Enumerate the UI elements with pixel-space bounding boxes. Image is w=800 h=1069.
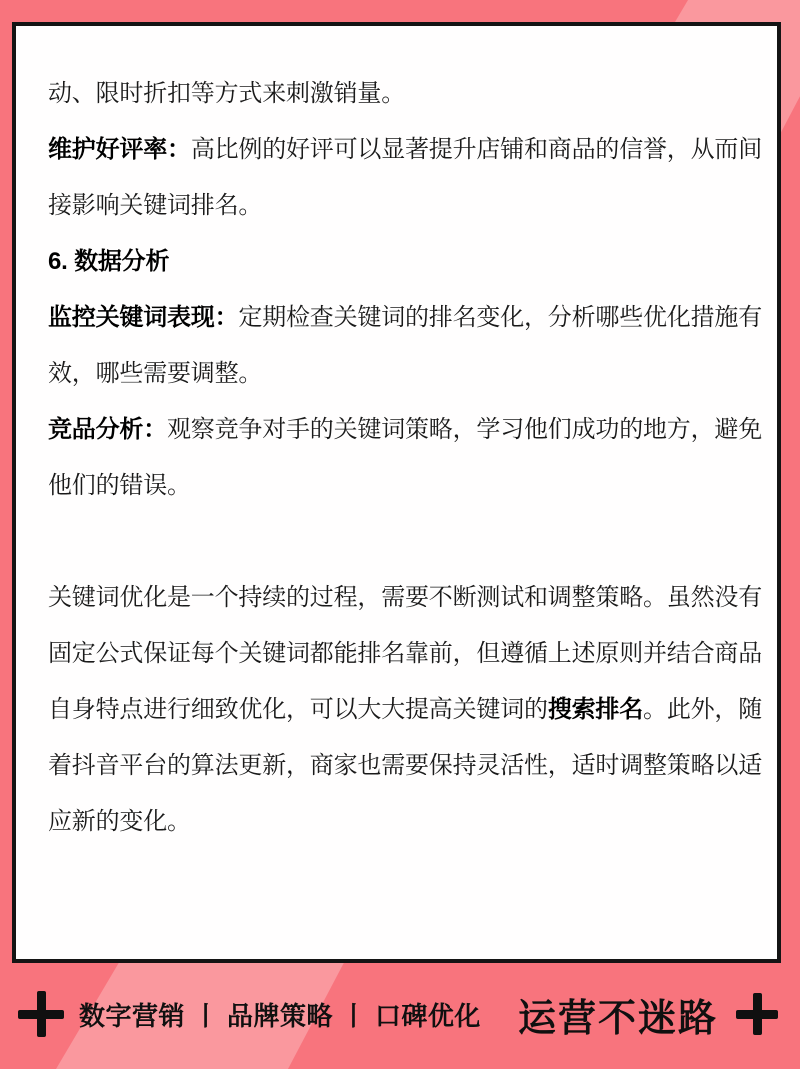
text-line: 自身特点进行细致优化，可以大大提高关键词的搜索排名。此外，随 bbox=[48, 682, 751, 738]
text-line: 他们的错误。 bbox=[48, 458, 751, 514]
text-line: 着抖音平台的算法更新，商家也需要保持灵活性，适时调整策略以适 bbox=[48, 738, 751, 794]
text-segment: 效，哪些需要调整。 bbox=[48, 360, 262, 387]
bold-text-segment: 维护好评率： bbox=[48, 136, 191, 163]
content-card: 动、限时折扣等方式来刺激销量。维护好评率：高比例的好评可以显著提升店铺和商品的信… bbox=[12, 22, 781, 963]
text-segment: 动、限时折扣等方式来刺激销量。 bbox=[48, 80, 405, 107]
poster-page: 动、限时折扣等方式来刺激销量。维护好评率：高比例的好评可以显著提升店铺和商品的信… bbox=[0, 0, 800, 1069]
text-line: 效，哪些需要调整。 bbox=[48, 346, 751, 402]
text-line: 维护好评率：高比例的好评可以显著提升店铺和商品的信誉，从而间 bbox=[48, 122, 751, 178]
text-segment: 应新的变化。 bbox=[48, 808, 191, 835]
text-segment: 他们的错误。 bbox=[48, 472, 191, 499]
text-segment: 接影响关键词排名。 bbox=[48, 192, 262, 219]
text-line: 监控关键词表现：定期检查关键词的排名变化，分析哪些优化措施有 bbox=[48, 290, 751, 346]
text-line: 关键词优化是一个持续的过程，需要不断测试和调整策略。虽然没有 bbox=[48, 570, 751, 626]
footer-right: 运营不迷路 bbox=[518, 987, 778, 1042]
text-line: 6. 数据分析 bbox=[48, 234, 751, 290]
footer-left: 数字营销 丨 品牌策略 丨 口碑优化 bbox=[18, 991, 481, 1037]
text-segment: 自身特点进行细致优化，可以大大提高关键词的 bbox=[48, 696, 548, 723]
text-line: 固定公式保证每个关键词都能排名靠前，但遵循上述原则并结合商品 bbox=[48, 626, 751, 682]
card-content: 动、限时折扣等方式来刺激销量。维护好评率：高比例的好评可以显著提升店铺和商品的信… bbox=[16, 26, 777, 850]
footer-tagline: 数字营销 丨 品牌策略 丨 口碑优化 bbox=[79, 996, 481, 1033]
text-segment: 关键词优化是一个持续的过程，需要不断测试和调整策略。虽然没有 bbox=[48, 584, 762, 611]
text-line: 动、限时折扣等方式来刺激销量。 bbox=[48, 66, 751, 122]
text-line: 竞品分析：观察竞争对手的关键词策略，学习他们成功的地方，避免 bbox=[48, 402, 751, 458]
text-line: 接影响关键词排名。 bbox=[48, 178, 751, 234]
footer: 数字营销 丨 品牌策略 丨 口碑优化 运营不迷路 bbox=[0, 985, 800, 1043]
bold-text-segment: 竞品分析： bbox=[48, 416, 167, 443]
text-segment: 定期检查关键词的排名变化，分析哪些优化措施有 bbox=[238, 304, 762, 331]
bold-text-segment: 监控关键词表现： bbox=[48, 304, 238, 331]
text-segment: 。此外，随 bbox=[643, 696, 762, 723]
text-line: 应新的变化。 bbox=[48, 794, 751, 850]
plus-icon bbox=[736, 993, 778, 1035]
bold-text-segment: 搜索排名 bbox=[548, 696, 643, 723]
blank-line bbox=[48, 514, 751, 570]
text-segment: 观察竞争对手的关键词策略，学习他们成功的地方，避免 bbox=[167, 416, 762, 443]
bold-text-segment: 6. 数据分析 bbox=[48, 248, 169, 275]
text-segment: 高比例的好评可以显著提升店铺和商品的信誉，从而间 bbox=[191, 136, 762, 163]
footer-slogan: 运营不迷路 bbox=[518, 987, 718, 1042]
text-segment: 固定公式保证每个关键词都能排名靠前，但遵循上述原则并结合商品 bbox=[48, 640, 762, 667]
text-segment: 着抖音平台的算法更新，商家也需要保持灵活性，适时调整策略以适 bbox=[48, 752, 762, 779]
plus-icon bbox=[18, 991, 64, 1037]
